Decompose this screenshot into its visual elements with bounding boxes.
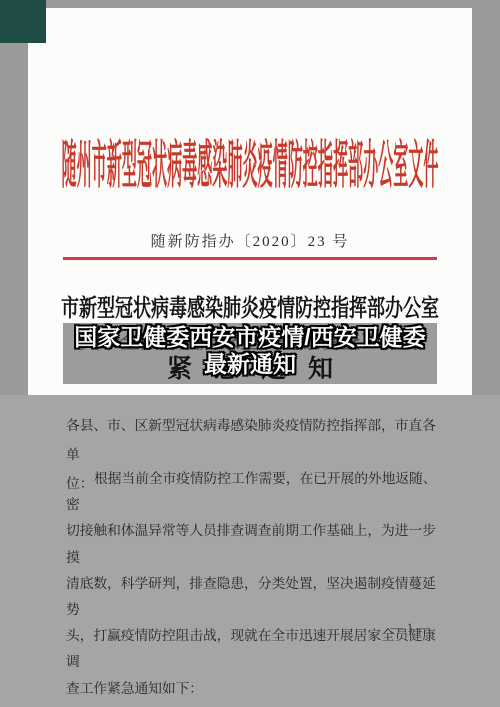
body-line: 根据当前全市疫情防控工作需要，在已开展的外地返随、密 <box>66 466 444 518</box>
caption-overlay: 关于全面开展居家全员健康调查工作的 紧急通知 国家卫健委西安市疫情/西安卫健委 … <box>63 323 437 384</box>
red-divider-rule <box>63 257 437 260</box>
caption-line-2: 最新通知 <box>63 353 437 376</box>
body-line: 清底数，科学研判，排查隐患，分类处置，坚决遏制疫情蔓延势 <box>66 571 444 623</box>
document-number: 随新防指办〔2020〕23 号 <box>30 230 470 251</box>
body-line: 查工作紧急通知如下： <box>66 676 444 702</box>
caption-line-1: 国家卫健委西安市疫情/西安卫健委 <box>63 326 437 349</box>
corner-accent <box>0 0 46 43</box>
letterhead-title-text: 随州市新型冠状病毒感染肺炎疫情防控指挥部办公室文件 <box>62 141 439 193</box>
body-line: 切接触和体温异常等人员排查调查前期工作基础上，为进一步摸 <box>66 518 444 570</box>
page-number: — 1 — <box>375 620 445 636</box>
body-line: 各县、市、区新型冠状病毒感染肺炎疫情防控指挥部，市直各单 <box>66 411 444 469</box>
letterhead-title: 随州市新型冠状病毒感染肺炎疫情防控指挥部办公室文件 <box>30 139 470 195</box>
document-photo: 随州市新型冠状病毒感染肺炎疫情防控指挥部办公室文件 随新防指办〔2020〕23 … <box>0 0 500 707</box>
body-paragraph: 根据当前全市疫情防控工作需要，在已开展的外地返随、密 切接触和体温异常等人员排查… <box>66 466 444 702</box>
office-title-text: 市新型冠状病毒感染肺炎疫情防控指挥部办公室 <box>61 297 439 321</box>
office-title-line: 市新型冠状病毒感染肺炎疫情防控指挥部办公室 <box>30 296 470 322</box>
